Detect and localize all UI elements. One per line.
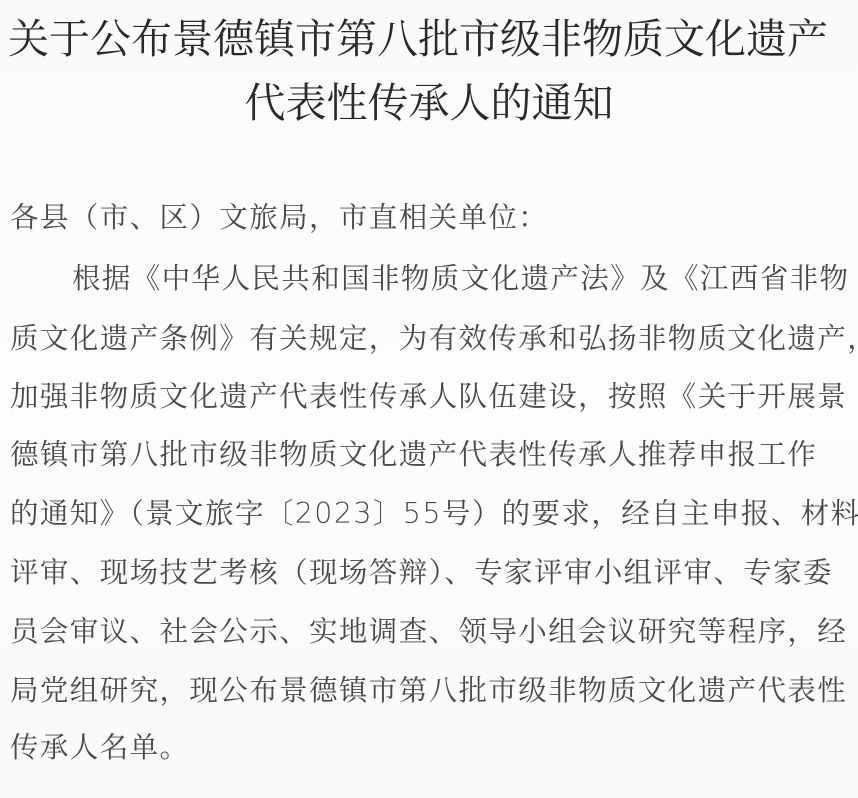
salutation: 各县（市、区）文旅局，市直相关单位：	[10, 198, 850, 238]
body-line: 传承人名单。	[10, 728, 850, 768]
body-line: 局党组研究，现公布景德镇市第八批市级非物质文化遗产代表性	[10, 671, 850, 711]
document-title-line-1: 关于公布景德镇市第八批市级非物质文化遗产	[8, 14, 858, 64]
body-line: 加强非物质文化遗产代表性传承人队伍建设，按照《关于开展景	[10, 377, 850, 417]
body-line: 质文化遗产条例》有关规定，为有效传承和弘扬非物质文化遗产，	[10, 319, 850, 359]
body-line: 评审、现场技艺考核（现场答辩）、专家评审小组评审、专家委	[10, 553, 850, 593]
body-line: 根据《中华人民共和国非物质文化遗产法》及《江西省非物	[72, 259, 852, 299]
body-line: 员会审议、社会公示、实地调查、领导小组会议研究等程序，经	[10, 612, 850, 652]
document-page: 关于公布景德镇市第八批市级非物质文化遗产 代表性传承人的通知 各县（市、区）文旅…	[0, 0, 858, 798]
document-title-line-2: 代表性传承人的通知	[0, 78, 858, 128]
body-line: 德镇市第八批市级非物质文化遗产代表性传承人推荐申报工作	[10, 435, 850, 475]
body-line: 的通知》（景文旅字〔2023〕55号）的要求，经自主申报、材料	[10, 494, 850, 534]
